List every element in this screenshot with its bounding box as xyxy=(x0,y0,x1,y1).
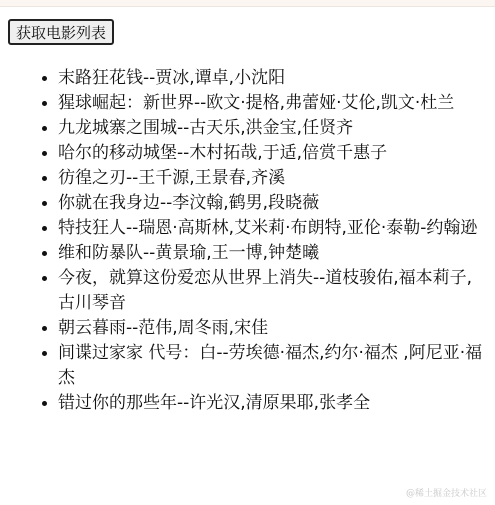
fetch-movie-list-button[interactable]: 获取电影列表 xyxy=(8,19,114,45)
movie-list-item: 维和防暴队--黄景瑜,王一博,钟楚曦 xyxy=(58,241,485,266)
movie-list-item: 今夜，就算这份爱恋从世界上消失--道枝骏佑,福本莉子,古川琴音 xyxy=(58,266,485,316)
movie-list-item: 间谍过家家 代号：白--劳埃德·福杰,约尔·福杰 ,阿尼亚·福杰 xyxy=(58,341,485,391)
watermark: @稀土掘金技术社区 xyxy=(406,486,487,499)
movie-list-item: 猩球崛起：新世界--欧文·提格,弗蕾娅·艾伦,凯文·杜兰 xyxy=(58,91,485,116)
movie-list-item: 九龙城寨之围城--古天乐,洪金宝,任贤齐 xyxy=(58,116,485,141)
movie-list-item: 错过你的那些年--许光汉,清原果耶,张孝全 xyxy=(58,391,485,416)
movie-list-item: 彷徨之刃--王千源,王景春,齐溪 xyxy=(58,166,485,191)
movie-list-item: 你就在我身边--李汶翰,鹤男,段晓薇 xyxy=(58,191,485,216)
movie-list: 末路狂花钱--贾冰,谭卓,小沈阳 猩球崛起：新世界--欧文·提格,弗蕾娅·艾伦,… xyxy=(0,66,495,416)
movie-list-item: 末路狂花钱--贾冰,谭卓,小沈阳 xyxy=(58,66,485,91)
browser-top-strip xyxy=(0,0,495,7)
movie-list-item: 朝云暮雨--范伟,周冬雨,宋佳 xyxy=(58,316,485,341)
movie-list-item: 哈尔的移动城堡--木村拓哉,于适,倍赏千惠子 xyxy=(58,141,485,166)
movie-list-item: 特技狂人--瑞恩·高斯林,艾米莉·布朗特,亚伦·泰勒-约翰逊 xyxy=(58,216,485,241)
